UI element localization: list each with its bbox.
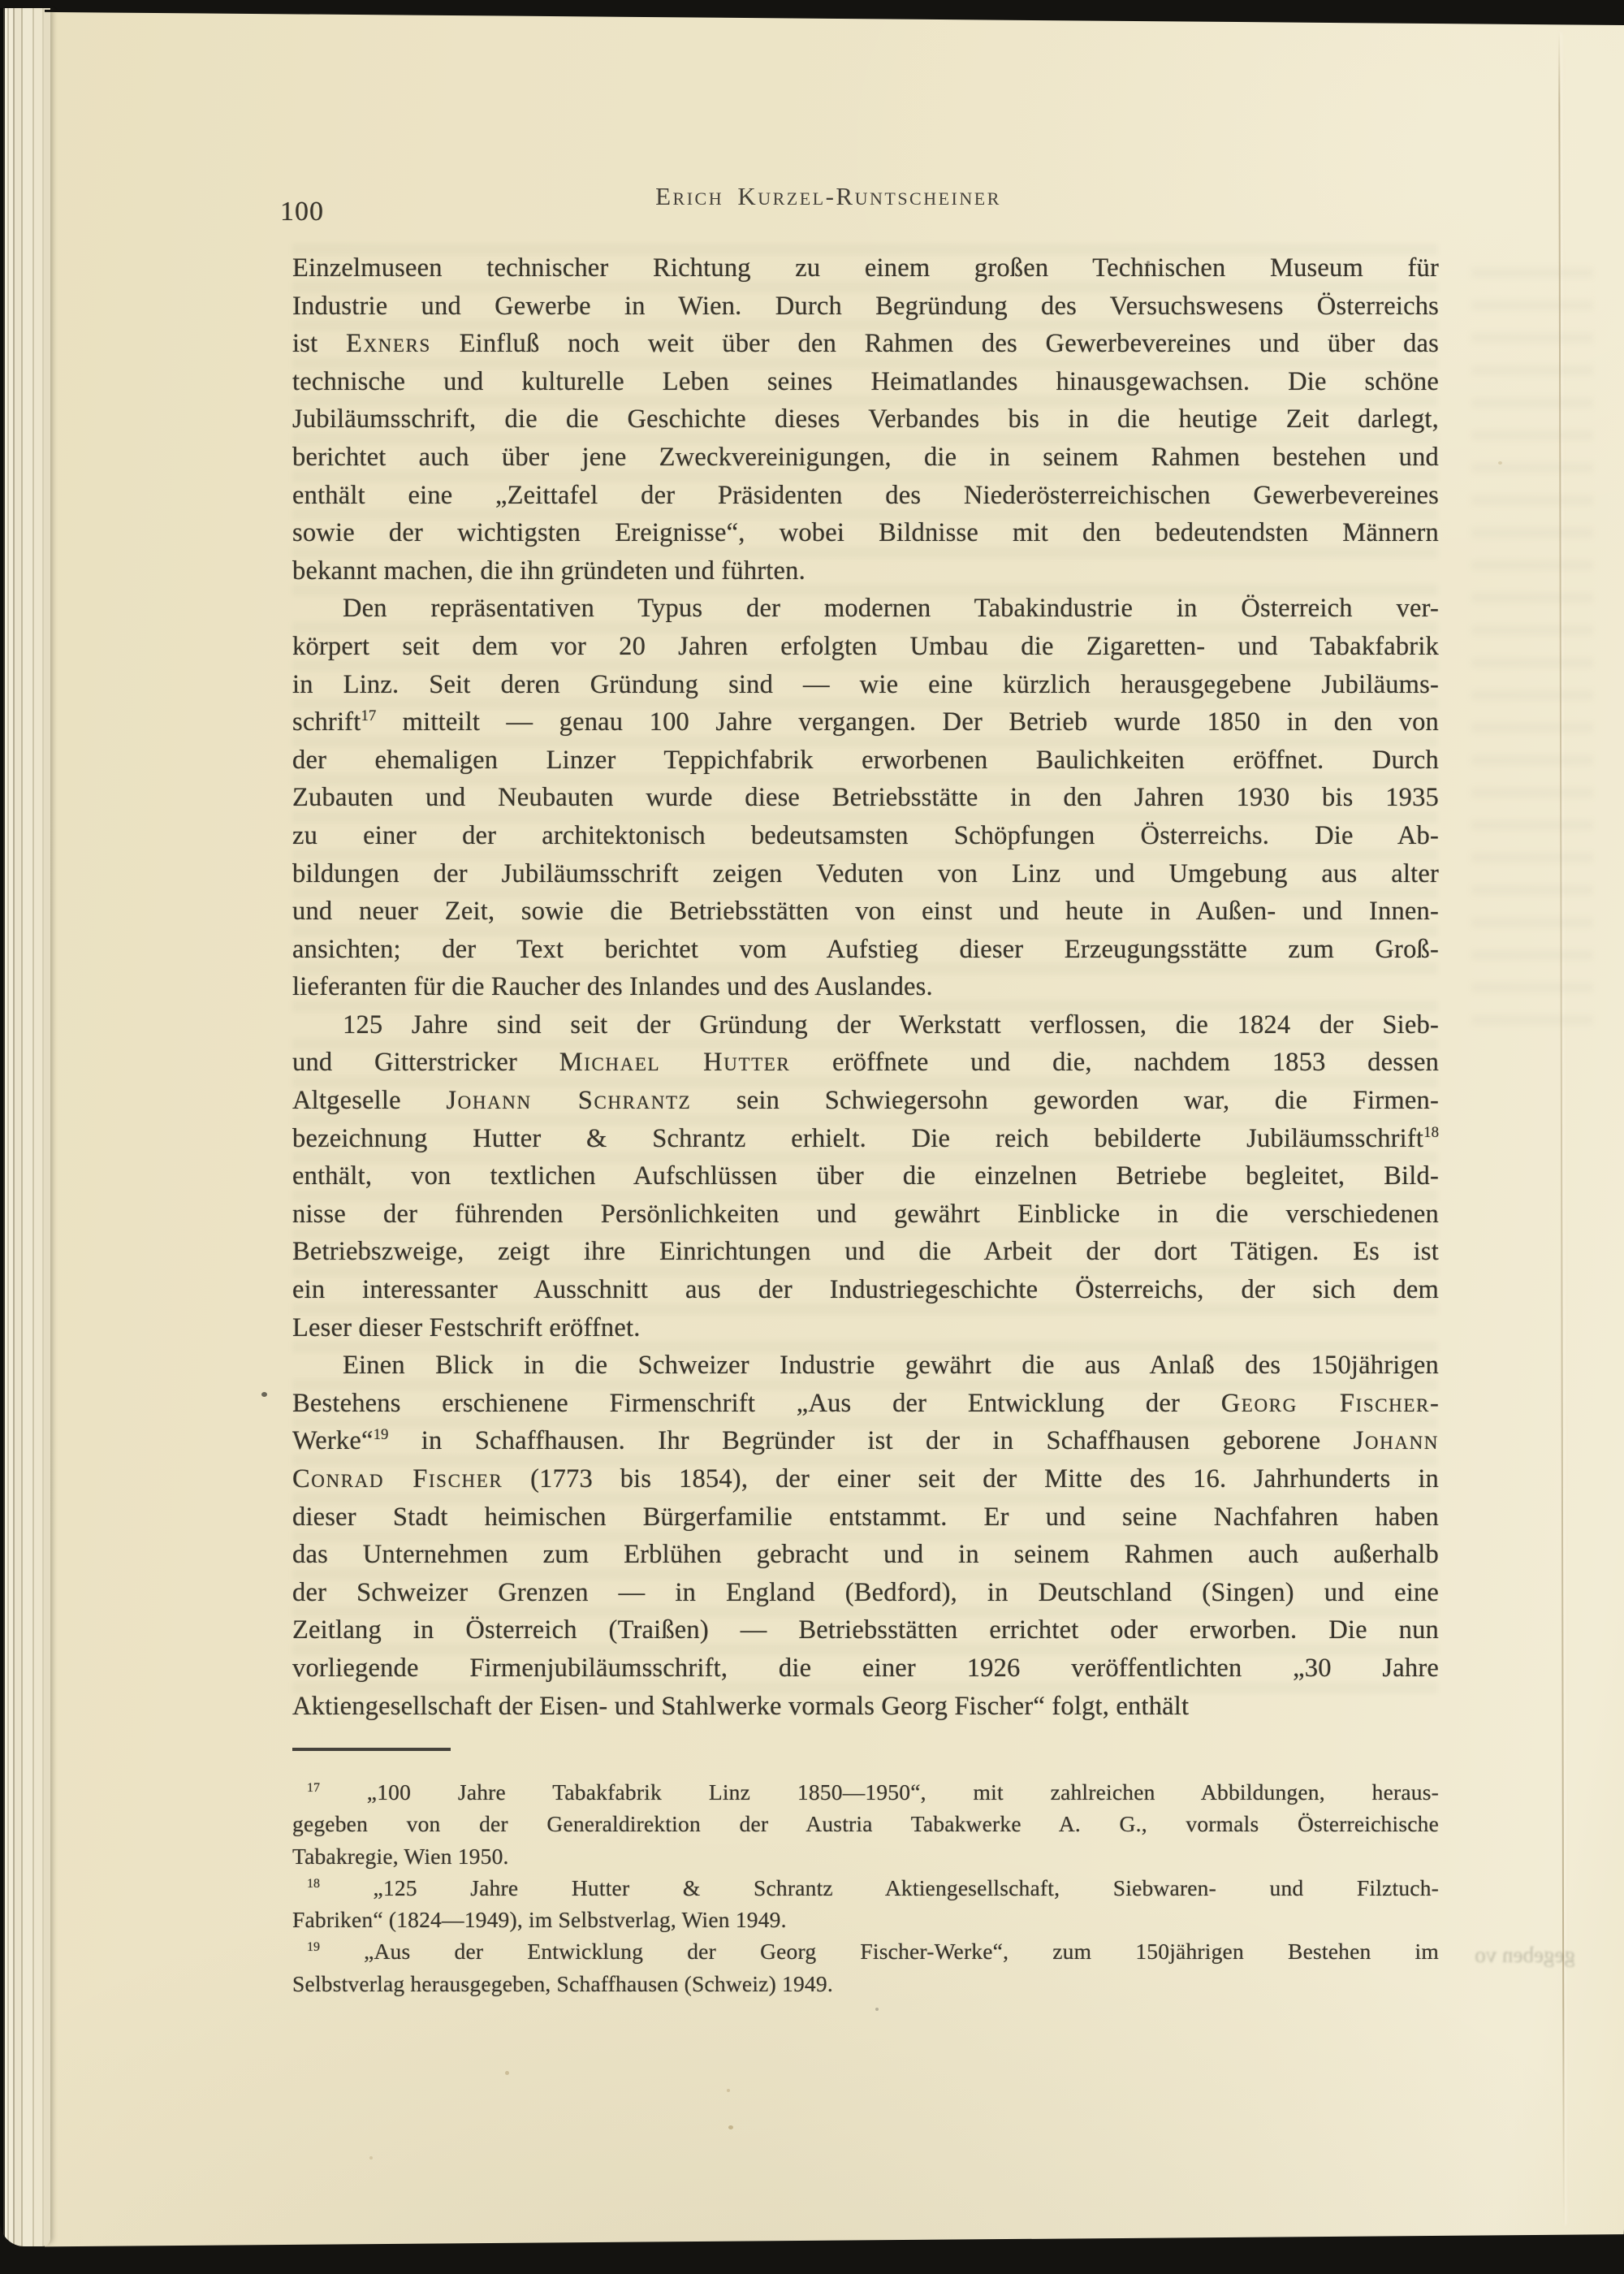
text-line: in Linz. Seit deren Gründung sind — wie …: [292, 666, 1439, 704]
text-line: lieferanten für die Raucher des Inlandes…: [292, 968, 1439, 1006]
person-name-smallcaps: Michael Hutter: [559, 1048, 791, 1077]
text-line: Einen Blick in die Schweizer Industrie g…: [292, 1347, 1439, 1385]
text-line: enthält eine „Zeittafel der Präsidenten …: [292, 477, 1439, 515]
text-line: körpert seit dem vor 20 Jahren erfolgten…: [292, 628, 1439, 666]
text-line: Einzelmuseen technischer Richtung zu ein…: [292, 249, 1439, 287]
text-line: 18 „125 Jahre Hutter & Schrantz Aktienge…: [292, 1872, 1439, 1904]
text-line: und Gitterstricker Michael Hutter eröffn…: [292, 1044, 1439, 1082]
body-text: Einzelmuseen technischer Richtung zu ein…: [292, 249, 1439, 1725]
footnote-marker: 18: [307, 1877, 320, 1891]
paper-speck: [1498, 461, 1502, 465]
text-line: ein interessanter Ausschnitt aus der Ind…: [292, 1271, 1439, 1309]
footnotes: 17 „100 Jahre Tabakfabrik Linz 1850—1950…: [292, 1776, 1439, 1999]
paragraph: Einen Blick in die Schweizer Industrie g…: [292, 1347, 1439, 1725]
text-line: bekannt machen, die ihn gründeten und fü…: [292, 552, 1439, 590]
text-line: ansichten; der Text berichtet vom Aufsti…: [292, 931, 1439, 969]
text-line: der ehemaligen Linzer Teppichfabrik erwo…: [292, 741, 1439, 780]
paper-speck: [369, 2156, 373, 2159]
bleedthrough-ghost-text: gegeben vo: [1307, 1943, 1575, 1968]
paper-speck: [1147, 261, 1150, 264]
text-line: 19 „Aus der Entwicklung der Georg Fische…: [292, 1935, 1439, 1967]
page-edge-stack: [0, 8, 50, 2246]
running-header: Erich Kurzel-Runtscheiner: [256, 182, 1401, 211]
person-name-smallcaps: Johann Schrantz: [446, 1086, 691, 1115]
text-line: Bestehens erschienene Firmenschrift „Aus…: [292, 1385, 1439, 1423]
text-line: 125 Jahre sind seit der Gründung der Wer…: [292, 1006, 1439, 1044]
text-line: Conrad Fischer (1773 bis 1854), der eine…: [292, 1460, 1439, 1498]
text-line: sowie der wichtigsten Ereignisse“, wobei…: [292, 514, 1439, 552]
text-line: 17 „100 Jahre Tabakfabrik Linz 1850—1950…: [292, 1776, 1439, 1808]
text-line: berichtet auch über jene Zweckvereinigun…: [292, 439, 1439, 477]
text-line: Betriebszweige, zeigt ihre Einrichtungen…: [292, 1233, 1439, 1271]
text-line: Zeitlang in Österreich (Traißen) — Betri…: [292, 1611, 1439, 1649]
person-name-smallcaps: Georg Fischer: [1221, 1389, 1430, 1418]
paragraph: 18 „125 Jahre Hutter & Schrantz Aktienge…: [292, 1872, 1439, 1936]
text-line: bildungen der Jubiläumsschrift zeigen Ve…: [292, 855, 1439, 893]
text-line: schrift17 mitteilt — genau 100 Jahre ver…: [292, 703, 1439, 741]
text-line: dieser Stadt heimischen Bürgerfamilie en…: [292, 1498, 1439, 1537]
paragraph: Einzelmuseen technischer Richtung zu ein…: [292, 249, 1439, 590]
text-line: gegeben von der Generaldirektion der Aus…: [292, 1808, 1439, 1840]
text-line: Jubiläumsschrift, die die Geschichte die…: [292, 400, 1439, 439]
text-line: ist Exners Einfluß noch weit über den Ra…: [292, 325, 1439, 363]
paragraph: 19 „Aus der Entwicklung der Georg Fische…: [292, 1935, 1439, 1999]
paper-speck: [505, 2071, 509, 2075]
text-line: Industrie und Gewerbe in Wien. Durch Beg…: [292, 287, 1439, 326]
text-line: und neuer Zeit, sowie die Betriebsstätte…: [292, 893, 1439, 931]
text-line: zu einer der architektonisch bedeutsamst…: [292, 817, 1439, 855]
text-line: enthält, von textlichen Aufschlüssen übe…: [292, 1157, 1439, 1195]
paragraph: 125 Jahre sind seit der Gründung der Wer…: [292, 1006, 1439, 1347]
text-line: Werke“19 in Schaffhausen. Ihr Begründer …: [292, 1422, 1439, 1460]
text-line: Altgeselle Johann Schrantz sein Schwiege…: [292, 1082, 1439, 1120]
text-line: vorliegende Firmenjubiläumsschrift, die …: [292, 1649, 1439, 1688]
footnote-marker: 18: [1423, 1124, 1439, 1141]
scan-background: { "colors": { "paper": "#ece4c6", "ink":…: [0, 0, 1624, 2274]
text-line: nisse der führenden Persönlichkeiten und…: [292, 1195, 1439, 1234]
paper-speck: [261, 1392, 267, 1397]
paper-speck: [728, 2125, 733, 2129]
paragraph: Den repräsentativen Typus der modernen T…: [292, 590, 1439, 1006]
person-name-smallcaps: Johann: [1354, 1426, 1439, 1455]
footnote-marker: 19: [374, 1427, 389, 1444]
footnote-marker: 17: [307, 1781, 320, 1795]
paper-speck: [727, 2089, 730, 2092]
text-line: Zubauten und Neubauten wurde diese Betri…: [292, 779, 1439, 817]
text-line: das Unternehmen zum Erblühen gebracht un…: [292, 1536, 1439, 1574]
text-line: bezeichnung Hutter & Schrantz erhielt. D…: [292, 1120, 1439, 1158]
text-line: Den repräsentativen Typus der modernen T…: [292, 590, 1439, 628]
paper-speck: [875, 2008, 879, 2011]
text-line: Fabriken“ (1824—1949), im Selbstverlag, …: [292, 1904, 1439, 1935]
text-line: technische und kulturelle Leben seines H…: [292, 363, 1439, 401]
text-line: Aktiengesellschaft der Eisen- und Stahlw…: [292, 1688, 1439, 1726]
footnote-separator: [292, 1748, 451, 1751]
footnote-marker: 19: [307, 1940, 320, 1954]
paragraph: 17 „100 Jahre Tabakfabrik Linz 1850—1950…: [292, 1776, 1439, 1872]
text-line: der Schweizer Grenzen — in England (Bedf…: [292, 1574, 1439, 1612]
text-line: Selbstverlag herausgegeben, Schaffhausen…: [292, 1968, 1439, 1999]
footnote-marker: 17: [361, 707, 376, 724]
text-line: Tabakregie, Wien 1950.: [292, 1840, 1439, 1872]
text-line: Leser dieser Festschrift eröffnet.: [292, 1309, 1439, 1347]
person-name-smallcaps: Exners: [346, 329, 431, 358]
person-name-smallcaps: Conrad Fischer: [292, 1464, 503, 1494]
